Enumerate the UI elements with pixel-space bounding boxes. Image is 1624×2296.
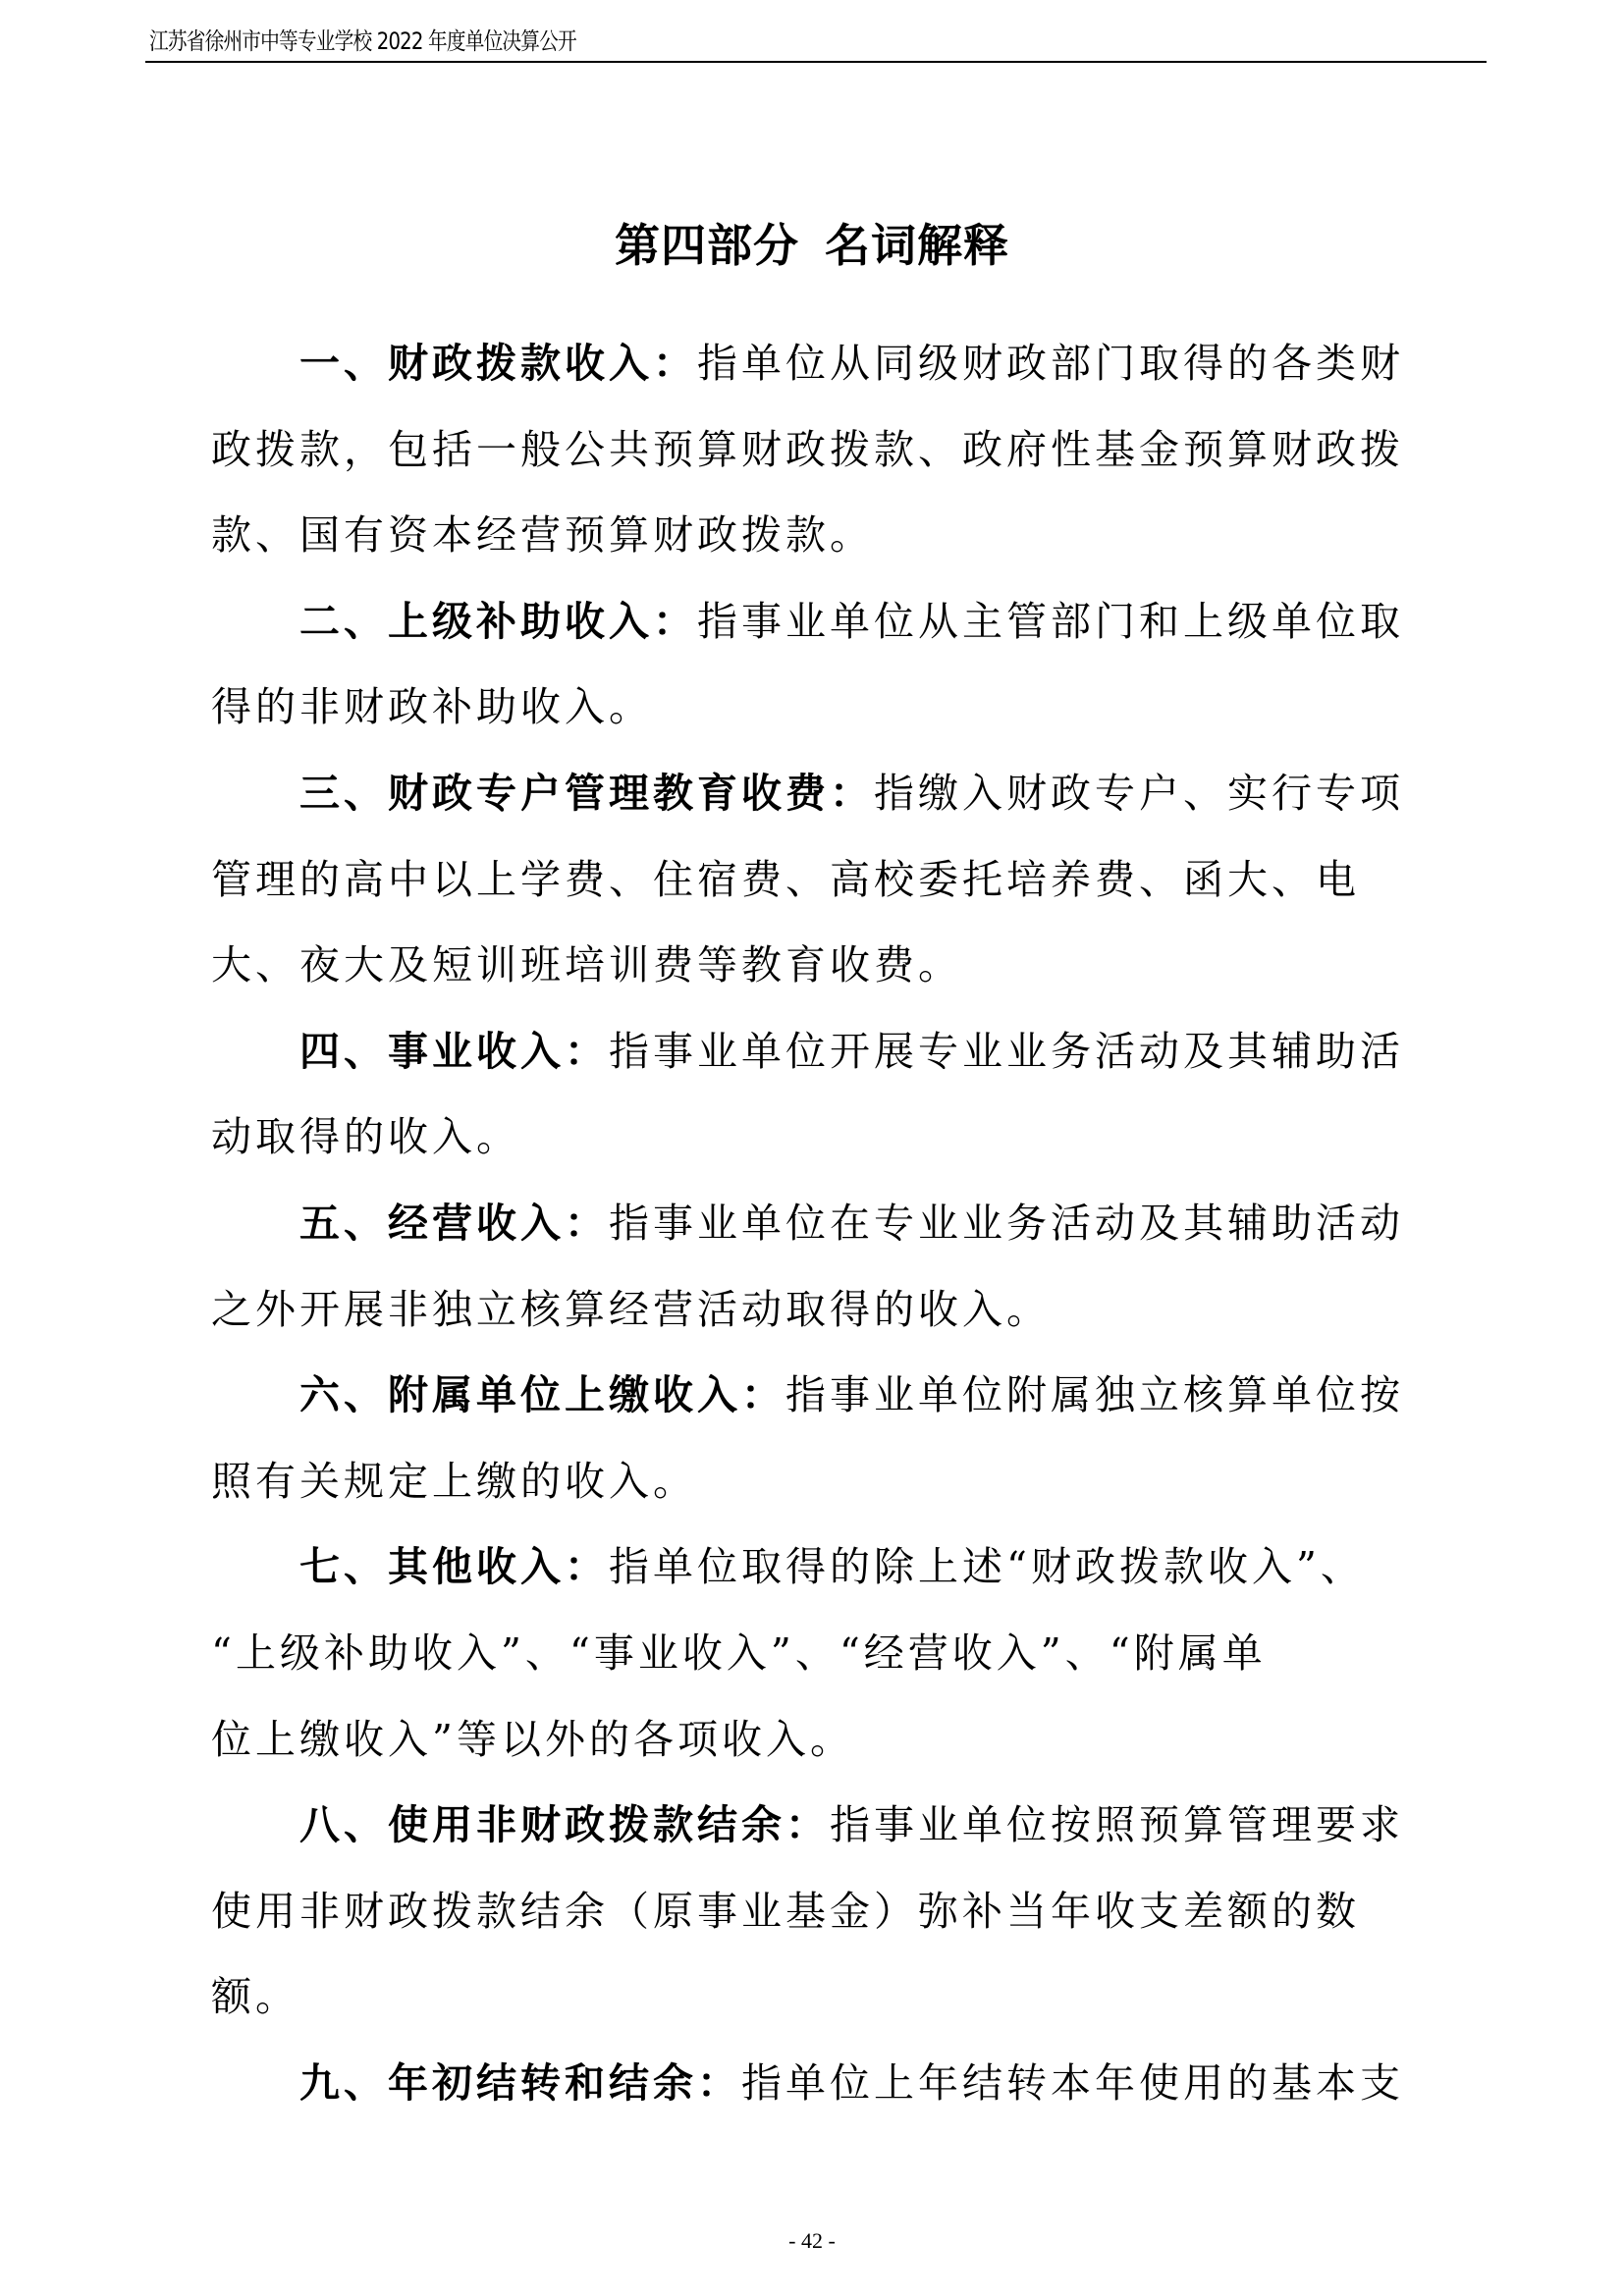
paragraph-line: 一、财政拨款收入：指单位从同级财政部门取得的各类财 <box>211 339 1429 425</box>
paragraph-line: 二、上级补助收入：指事业单位从主管部门和上级单位取 <box>211 597 1429 683</box>
paragraph-line: 八、使用非财政拨款结余：指事业单位按照预算管理要求 <box>211 1800 1429 1887</box>
term-heading: 二、上级补助收入： <box>299 598 697 645</box>
definition-text: 指事业单位从主管部门和上级单位取 <box>697 598 1404 645</box>
paragraph-line: 政拨款，包括一般公共预算财政拨款、政府性基金预算财政拨 <box>211 425 1429 511</box>
term-heading: 五、经营收入： <box>299 1200 609 1247</box>
definition-text: 指事业单位按照预算管理要求 <box>830 1801 1404 1848</box>
term-heading: 四、事业收入： <box>299 1028 609 1075</box>
paragraph-line: 大、夜大及短训班培训费等教育收费。 <box>211 940 1429 1027</box>
paragraph-line: 使用非财政拨款结余（原事业基金）弥补当年收支差额的数 <box>211 1887 1429 1973</box>
paragraph-line: 得的非财政补助收入。 <box>211 682 1429 769</box>
term-heading: 七、其他收入： <box>299 1543 609 1590</box>
paragraph-line: 位上缴收入”等以外的各项收入。 <box>211 1715 1429 1801</box>
document-body: 一、财政拨款收入：指单位从同级财政部门取得的各类财 政拨款，包括一般公共预算财政… <box>211 339 1429 2144</box>
term-heading: 三、财政专户管理教育收费： <box>299 770 874 817</box>
definition-text: 指事业单位在专业业务活动及其辅助活动 <box>609 1200 1404 1247</box>
paragraph-line: 五、经营收入：指事业单位在专业业务活动及其辅助活动 <box>211 1199 1429 1285</box>
title-name: 名词解释 <box>825 219 1009 272</box>
definition-text: 指单位上年结转本年使用的基本支 <box>741 2059 1404 2107</box>
paragraph-line: 之外开展非独立核算经营活动取得的收入。 <box>211 1285 1429 1371</box>
definition-text: 指缴入财政专户、实行专项 <box>874 770 1404 817</box>
definition-text: 指事业单位开展专业业务活动及其辅助活 <box>609 1028 1404 1075</box>
definition-text: 指单位从同级财政部门取得的各类财 <box>697 340 1404 387</box>
term-heading: 六、附属单位上缴收入： <box>299 1371 785 1418</box>
definition-text: 指单位取得的除上述“财政拨款收入”、 <box>609 1543 1365 1590</box>
definition-text: 指事业单位附属独立核算单位按 <box>785 1371 1404 1418</box>
paragraph-line: 动取得的收入。 <box>211 1112 1429 1199</box>
paragraph-line: 款、国有资本经营预算财政拨款。 <box>211 510 1429 597</box>
paragraph-line: “上级补助收入”、“事业收入”、“经营收入”、“附属单 <box>211 1629 1429 1715</box>
paragraph-line: 四、事业收入：指事业单位开展专业业务活动及其辅助活 <box>211 1027 1429 1113</box>
term-heading: 一、财政拨款收入： <box>299 340 697 387</box>
term-heading: 八、使用非财政拨款结余： <box>299 1801 830 1848</box>
paragraph-line: 三、财政专户管理教育收费：指缴入财政专户、实行专项 <box>211 769 1429 855</box>
paragraph-line: 照有关规定上缴的收入。 <box>211 1457 1429 1543</box>
paragraph-line: 六、附属单位上缴收入：指事业单位附属独立核算单位按 <box>211 1370 1429 1457</box>
paragraph-line: 额。 <box>211 1972 1429 2058</box>
page-number: - 42 - <box>0 2228 1624 2254</box>
header-text: 江苏省徐州市中等专业学校 2022 年度单位决算公开 <box>149 27 576 55</box>
running-header: 江苏省徐州市中等专业学校 2022 年度单位决算公开 <box>145 26 1487 63</box>
page-title: 第四部分名词解释 <box>0 216 1624 275</box>
paragraph-line: 七、其他收入：指单位取得的除上述“财政拨款收入”、 <box>211 1542 1429 1629</box>
paragraph-line: 管理的高中以上学费、住宿费、高校委托培养费、函大、电 <box>211 855 1429 941</box>
paragraph-line: 九、年初结转和结余：指单位上年结转本年使用的基本支 <box>211 2058 1429 2145</box>
term-heading: 九、年初结转和结余： <box>299 2059 741 2107</box>
title-part: 第四部分 <box>615 219 799 272</box>
